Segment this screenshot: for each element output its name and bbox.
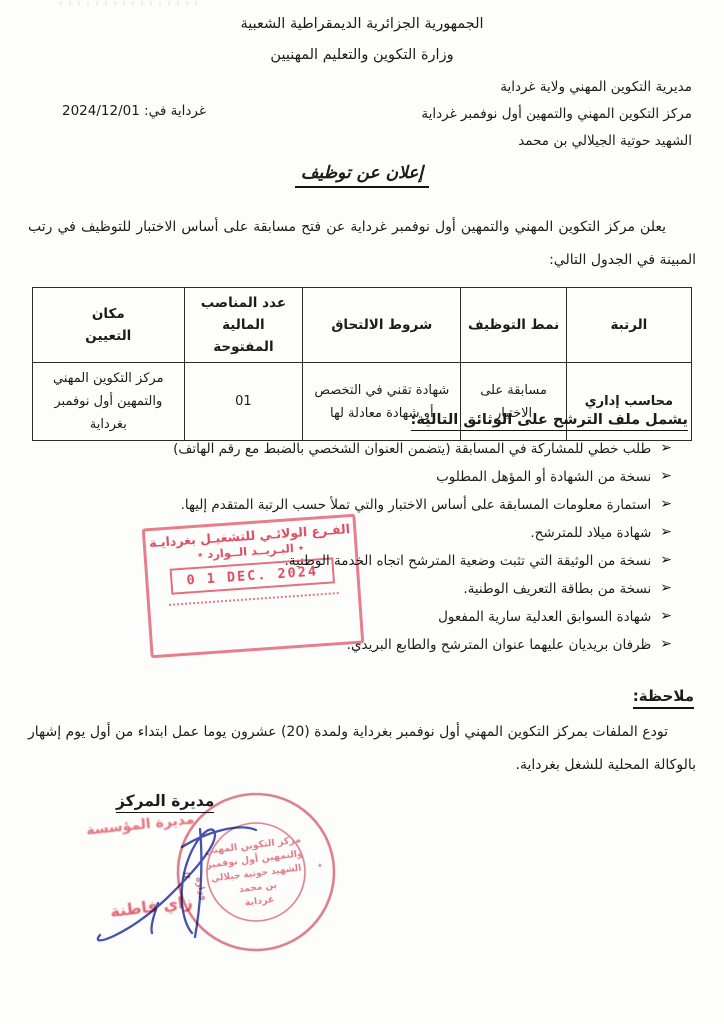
stamp-date: 0 1 DEC. 2024 [170, 557, 335, 594]
cell-location: مركز التكوين المهني والتمهين أول نوفمبر … [33, 363, 185, 441]
incoming-mail-stamp: الفـرع الولائـي للتشغيـل بغردايـة ٭ البـ… [142, 514, 365, 659]
list-item-text: نسخة من بطاقة التعريف الوطنية. [463, 578, 651, 600]
republic-header: الجمهورية الجزائرية الديمقراطية الشعبية [0, 16, 724, 32]
stamp-dotted-line [169, 592, 339, 606]
note-heading-row: ملاحظة: [633, 686, 694, 709]
arrow-bullet-icon: ➢ [660, 437, 672, 459]
seal-inner-line: غرداية [244, 894, 275, 909]
note-heading: ملاحظة: [633, 687, 694, 709]
center-name-line: مركز التكوين المهني والتمهين أول نوفمبر … [421, 101, 692, 128]
col-header-rank: الرتبة [566, 288, 691, 363]
page-title: إعلان عن توظيف [295, 163, 429, 188]
place-date-line: غرداية في: 2024/12/01 [62, 103, 206, 119]
list-item-text: نسخة من الشهادة أو المؤهل المطلوب [436, 466, 651, 488]
col-header-conditions: شروط الالتحاق [303, 288, 461, 363]
seal-star-icon: ٭ [176, 877, 183, 889]
list-item: ➢ طلب خطي للمشاركة في المسابقة (يتضمن ال… [24, 438, 672, 460]
list-item-text: شهادة ميلاد للمترشح. [530, 522, 651, 544]
seal-inner-line: بن محمد [239, 881, 278, 896]
official-round-stamp: الجمهورية الجزائرية الديمقراطية الشعبية … [160, 776, 352, 968]
title-row: إعلان عن توظيف [0, 163, 724, 188]
center-martyr-line: الشهيد حوتية الجيلالي بن محمد [421, 128, 692, 155]
arrow-bullet-icon: ➢ [660, 493, 672, 515]
ministry-header: وزارة التكوين والتعليم المهنيين [0, 47, 724, 63]
arrow-bullet-icon: ➢ [660, 633, 672, 655]
documents-heading: يشمل ملف الترشح على الوثائق التالية: [411, 412, 688, 431]
letterhead-right-block: مديرية التكوين المهني ولاية غرداية مركز … [421, 74, 692, 155]
arrow-bullet-icon: ➢ [660, 549, 672, 571]
col-header-positions: عدد المناصب المالية المفتوحة [184, 288, 303, 363]
col-header-location: مكان التعيين [33, 288, 185, 363]
list-item-text: شهادة السوابق العدلية سارية المفعول [438, 606, 651, 628]
scanned-document-page: الجمهورية الجزائرية الديمقراطية الشعبية … [0, 0, 724, 1024]
list-item-text: طلب خطي للمشاركة في المسابقة (يتضمن العن… [173, 438, 651, 460]
arrow-bullet-icon: ➢ [660, 465, 672, 487]
arrow-bullet-icon: ➢ [660, 605, 672, 627]
directorate-line: مديرية التكوين المهني ولاية غرداية [421, 74, 692, 101]
cell-positions: 01 [184, 363, 303, 441]
seal-star-icon: ٭ [317, 860, 324, 872]
scan-artifact [60, 1, 200, 5]
documents-heading-row: يشمل ملف الترشح على الوثائق التالية: [411, 409, 688, 431]
list-item: ➢ نسخة من الشهادة أو المؤهل المطلوب [24, 466, 672, 488]
table-header-row: الرتبة نمط التوظيف شروط الالتحاق عدد الم… [33, 288, 692, 363]
list-item: ➢ استمارة معلومات المسابقة على أساس الاخ… [24, 494, 672, 516]
list-item-text: ظرفان بريديان عليهما عنوان المترشح والطا… [347, 634, 652, 656]
col-header-mode: نمط التوظيف [461, 288, 566, 363]
list-item-text: استمارة معلومات المسابقة على أساس الاختب… [181, 494, 652, 516]
note-paragraph: تودع الملفات بمركز التكوين المهني أول نو… [28, 716, 696, 782]
intro-paragraph: يعلن مركز التكوين المهني والتمهين أول نو… [28, 211, 696, 277]
arrow-bullet-icon: ➢ [660, 521, 672, 543]
arrow-bullet-icon: ➢ [660, 577, 672, 599]
